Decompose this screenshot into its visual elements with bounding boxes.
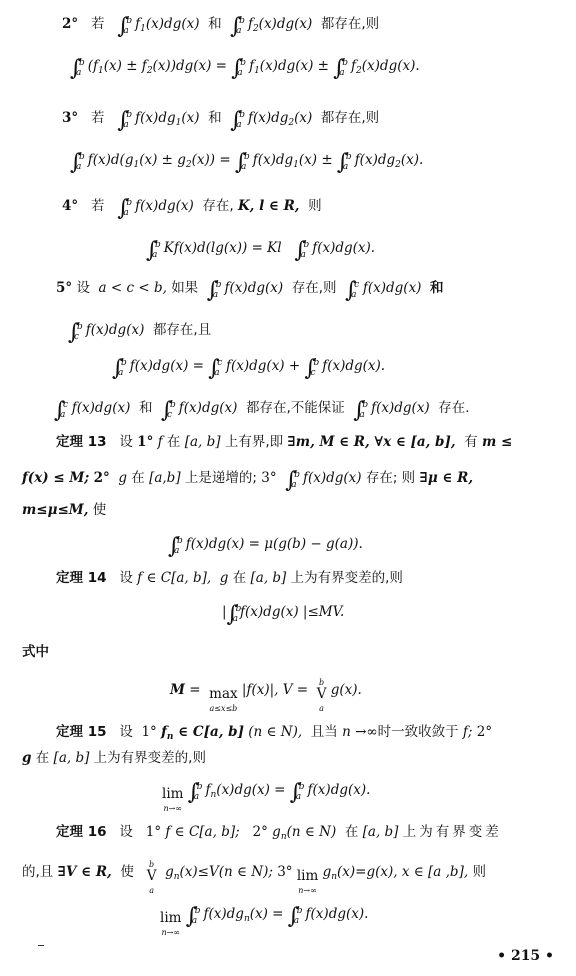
text: 在	[167, 434, 181, 450]
text-cunzai-ze: 存在,则	[292, 280, 337, 296]
text-ze: 则	[308, 198, 322, 214]
theorem-13-line-3: m≤μ≤M, 使	[22, 500, 106, 520]
text-he: 和	[208, 110, 222, 126]
property-2-condition: 2° 若 ∫ba f1(x)dg(x) 和 ∫ba f2(x)dg(x) 都存在…	[62, 14, 379, 39]
property-4-condition: 4° 若 ∫ba f(x)dg(x) 存在, K, l ∈ R, 则	[62, 196, 322, 219]
text-ruguo: 如果	[171, 280, 198, 296]
text-ruo: 若	[91, 16, 105, 32]
text-dou-cunzai-qie: 都存在,且	[153, 322, 211, 338]
theorem-15-line-2: g 在 [a, b] 上为有界变差的,则	[22, 748, 206, 768]
text: 使	[120, 864, 134, 880]
property-5-remark: ∫ca f(x)dg(x) 和 ∫bc f(x)dg(x) 都存在,不能保证 ∫…	[54, 398, 470, 421]
theorem-13-line-2: f(x) ≤ M; 2° g 在 [a,b] 上是递增的; 3° ∫ba f(x…	[22, 468, 473, 491]
theorem-13-line-1: 定理 13 设 1° f 在 [a, b] 上有界,即 ∃m, M ∈ R, ∀…	[56, 432, 512, 452]
theorem-16-line-2: 的,且 ∃V ∈ R, 使 Vba gn(x)≤V(n ∈ N); 3° lim…	[22, 862, 486, 887]
property-4-formula: ∫ba Kf(x)d(lg(x)) = Kl ∫ba f(x)dg(x).	[146, 238, 375, 261]
text-cunzai: 存在,	[202, 198, 233, 214]
theorem-13-formula: ∫ba f(x)dg(x) = μ(g(b) − g(a)).	[168, 534, 363, 557]
text-he: 和	[139, 400, 153, 416]
text: 有	[464, 434, 478, 450]
text: 则	[472, 864, 486, 880]
property-2-formula: ∫ba (f1(x) ± f2(x))dg(x) = ∫ba f1(x)dg(x…	[70, 56, 420, 81]
text-she: 设	[119, 824, 133, 840]
text: 在	[131, 470, 145, 486]
text-dou-cunzai: 都存在,则	[321, 110, 379, 126]
text: 上为有界变差	[403, 824, 502, 840]
text: 时一致收敛于	[378, 724, 459, 740]
theorem-15-label: 定理 15	[56, 724, 107, 740]
theorem-15-line-1: 定理 15 设 1° fn ∈ C[a, b] (n ∈ N), 且当 n →∞…	[56, 722, 492, 747]
text: 在	[233, 570, 247, 586]
where-label: 式中	[22, 642, 49, 662]
text-bu-neng: 都存在,不能保证	[246, 400, 345, 416]
text: 上有界,即	[225, 434, 283, 450]
theorem-14-formula: |∫baf(x)dg(x) |≤MV.	[222, 602, 344, 625]
text-she: 设	[76, 280, 90, 296]
text-ruo: 若	[91, 198, 105, 214]
theorem-13-label: 定理 13	[56, 434, 107, 450]
text: 且当	[311, 724, 338, 740]
text-she: 设	[119, 724, 133, 740]
page-number: • 215 •	[497, 948, 554, 964]
theorem-14-where-formula: M = maxa≤x≤b |f(x)|, V = Vba g(x).	[170, 680, 362, 704]
text: 的,且	[22, 864, 53, 880]
theorem-15-formula: limn→∞ ∫ba fn(x)dg(x) = ∫ba f(x)dg(x).	[162, 780, 370, 805]
text: 上是递增的;	[185, 470, 257, 486]
text: 上为有界变差的,则	[291, 570, 403, 586]
property-5-condition: 5° 设 a < c < b, 如果 ∫ba f(x)dg(x) 存在,则 ∫c…	[56, 278, 444, 301]
property-5-formula: ∫ba f(x)dg(x) = ∫ca f(x)dg(x) + ∫bc f(x)…	[112, 356, 385, 379]
text-ruo: 若	[91, 110, 105, 126]
text-he: 和	[430, 280, 444, 296]
theorem-14-line-1: 定理 14 设 f ∈ C[a, b], g 在 [a, b] 上为有界变差的,…	[56, 568, 403, 588]
text-dou-cunzai: 都存在,则	[321, 16, 379, 32]
theorem-16-formula: limn→∞ ∫ba f(x)dgn(x) = ∫ba f(x)dg(x).	[160, 904, 368, 929]
text-cunzai-end: 存在.	[438, 400, 469, 416]
text: 在	[36, 750, 50, 766]
theorem-16-line-1: 定理 16 设 1° f ∈ C[a, b]; 2° gn(n ∈ N) 在 […	[56, 822, 502, 847]
theorem-16-label: 定理 16	[56, 824, 107, 840]
text: 存在; 则	[366, 470, 415, 486]
property-3-condition: 3° 若 ∫ba f(x)dg1(x) 和 ∫ba f(x)dg2(x) 都存在…	[62, 108, 379, 133]
scan-mark	[38, 945, 44, 946]
text-she: 设	[119, 434, 133, 450]
text: 上为有界变差的,则	[94, 750, 206, 766]
property-3-formula: ∫ba f(x)d(g1(x) ± g2(x)) = ∫ba f(x)dg1(x…	[70, 150, 423, 175]
text: 使	[93, 502, 107, 518]
text: 在	[345, 824, 359, 840]
text-she: 设	[119, 570, 133, 586]
text-he: 和	[208, 16, 222, 32]
property-5-condition-2: ∫bc f(x)dg(x) 都存在,且	[68, 320, 211, 343]
theorem-14-label: 定理 14	[56, 570, 107, 586]
